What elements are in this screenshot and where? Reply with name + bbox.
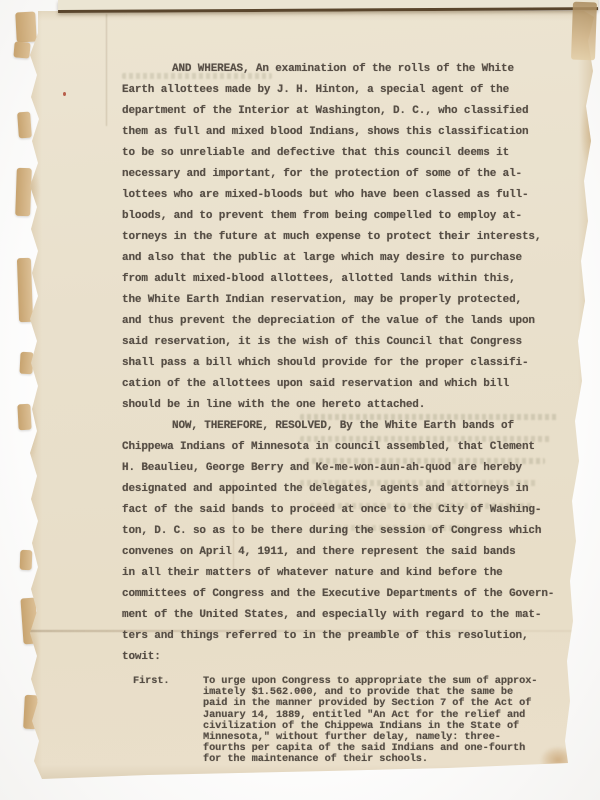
previous-page-corner [571,2,597,61]
torn-page-stub [20,550,33,570]
torn-page-stub [17,404,31,431]
typewritten-text: AND WHEREAS, An examination of the rolls… [122,59,568,783]
typed-line: torneys in the future at much expense to… [122,227,568,248]
typed-line: AND WHEREAS, An examination of the rolls… [122,59,568,80]
torn-page-stub [17,258,33,322]
typed-line: ton, D. C. so as to be there during the … [122,521,568,542]
vertical-crease-top [106,14,107,126]
typed-line: committees of Congress and the Executive… [122,584,568,605]
typed-line: for the maintenance of their schools. [203,754,537,765]
document-page: AND WHEREAS, An examination of the rolls… [28,11,594,779]
typed-line: from adult mixed-blood allottees, allott… [122,269,568,290]
typed-line: should be in line with the one hereto at… [122,395,568,416]
typed-line: ment of the United States, and especiall… [122,605,568,626]
typed-line: designated and appointed the delegates, … [122,479,568,500]
typed-line: them as full and mixed blood Indians, sh… [122,122,568,143]
typed-line: in all their matters of whatever nature … [122,563,568,584]
item-body-first: To urge upon Congress to appropriate the… [203,676,537,766]
typed-line: department of the Interior at Washington… [122,101,568,122]
paragraph-whereas: AND WHEREAS, An examination of the rolls… [122,59,568,416]
torn-page-stub [17,112,32,139]
typed-line: Chippewa Indians of Minnesota in council… [122,437,568,458]
page-number: -4- [100,771,540,783]
typed-line: Earth allottees made by J. H. Hinton, a … [122,80,568,101]
typed-line: said reservation, it is the wish of this… [122,332,568,353]
typed-line: paid in the manner provided by Section 7… [203,698,537,709]
typed-line: convenes on April 4, 1911, and there rep… [122,542,568,563]
typed-line: bloods, and to prevent them from being c… [122,206,568,227]
torn-page-stub [15,168,32,216]
typed-line: towit: [122,647,568,668]
typed-line: and thus prevent the depreciation of the… [122,311,568,332]
photo-background: AND WHEREAS, An examination of the rolls… [0,0,600,800]
typed-line: the White Earth Indian reservation, may … [122,290,568,311]
torn-page-stub [13,41,30,58]
torn-page-stub [15,11,37,42]
typed-line: shall pass a bill which should provide f… [122,353,568,374]
typed-line: H. Beaulieu, George Berry and Ke-me-won-… [122,458,568,479]
typed-line: necessary and important, for the protect… [122,164,568,185]
typed-line: lottees who are mixed-bloods but who hav… [122,185,568,206]
typed-line: and also that the public at large which … [122,248,568,269]
ink-speck [63,92,66,96]
typed-line: cation of the allottees upon said reserv… [122,374,568,395]
typed-line: to be so unreliable and defective that t… [122,143,568,164]
typed-line: ters and things referred to in the pream… [122,626,568,647]
typed-line: fact of the said bands to proceed at onc… [122,500,568,521]
item-label-first: First. [133,676,203,687]
paragraph-resolved: NOW, THEREFORE, RESOLVED, By the White E… [122,416,568,668]
resolution-item-first: First. To urge upon Congress to appropri… [122,676,568,766]
typed-line: NOW, THEREFORE, RESOLVED, By the White E… [122,416,568,437]
